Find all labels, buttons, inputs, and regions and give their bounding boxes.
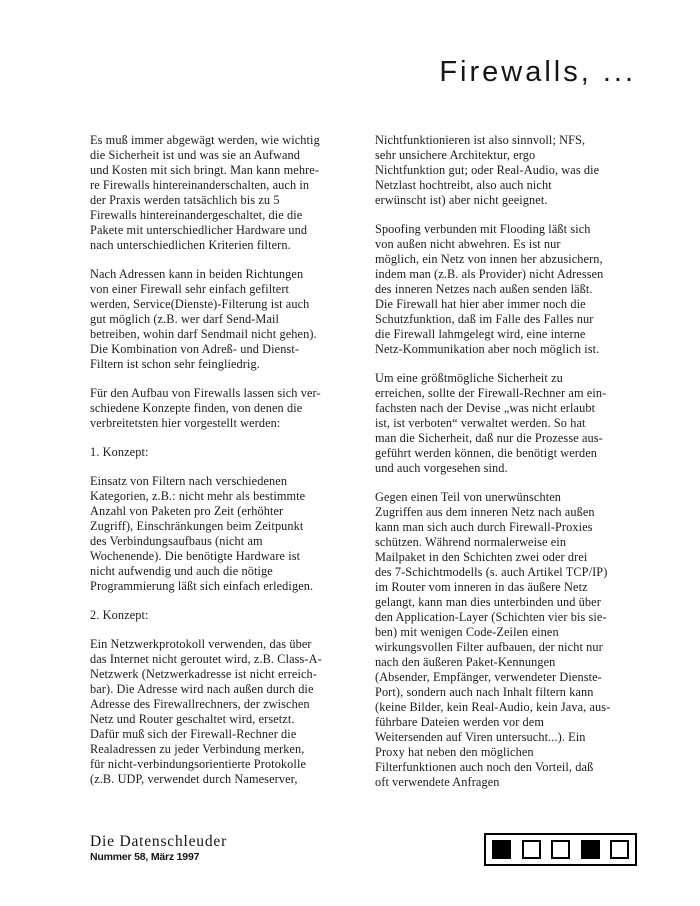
concept-2-heading: 2. Konzept: (90, 608, 364, 623)
page-footer: Die Datenschleuder Nummer 58, März 1997 (90, 833, 637, 866)
page-indicator-square (581, 840, 600, 859)
journal-imprint: Die Datenschleuder Nummer 58, März 1997 (90, 833, 227, 864)
article-body: Es muß immer abgewägt werden, wie wichti… (90, 133, 661, 790)
paragraph: Nichtfunktionieren ist also sinnvoll; NF… (375, 133, 661, 208)
journal-issue: Nummer 58, März 1997 (90, 851, 227, 864)
paragraph: Spoofing verbunden mit Flooding läßt sic… (375, 222, 661, 357)
page-indicator-square (610, 840, 629, 859)
paragraph: Um eine größtmögliche Sicherheit zu erre… (375, 371, 661, 476)
journal-name: Die Datenschleuder (90, 833, 227, 851)
page-indicator-square (522, 840, 541, 859)
page-indicator-square (551, 840, 570, 859)
page-indicator-box (484, 833, 637, 866)
page-title: Firewalls, ... (439, 56, 636, 89)
paragraph: Einsatz von Filtern nach verschiedenen K… (90, 474, 364, 594)
paragraph: Ein Netzwerkprotokoll verwenden, das übe… (90, 637, 364, 787)
page-indicator-square (492, 840, 511, 859)
left-column: Es muß immer abgewägt werden, wie wichti… (90, 133, 364, 790)
right-column: Nichtfunktionieren ist also sinnvoll; NF… (375, 133, 661, 790)
paragraph: Gegen einen Teil von unerwünschten Zugri… (375, 490, 661, 790)
paragraph: Es muß immer abgewägt werden, wie wichti… (90, 133, 364, 253)
paragraph: Nach Adressen kann in beiden Richtungen … (90, 267, 364, 372)
concept-1-heading: 1. Konzept: (90, 445, 364, 460)
magazine-page: Firewalls, ... Es muß immer abgewägt wer… (0, 0, 700, 906)
paragraph: Für den Aufbau von Firewalls lassen sich… (90, 386, 364, 431)
